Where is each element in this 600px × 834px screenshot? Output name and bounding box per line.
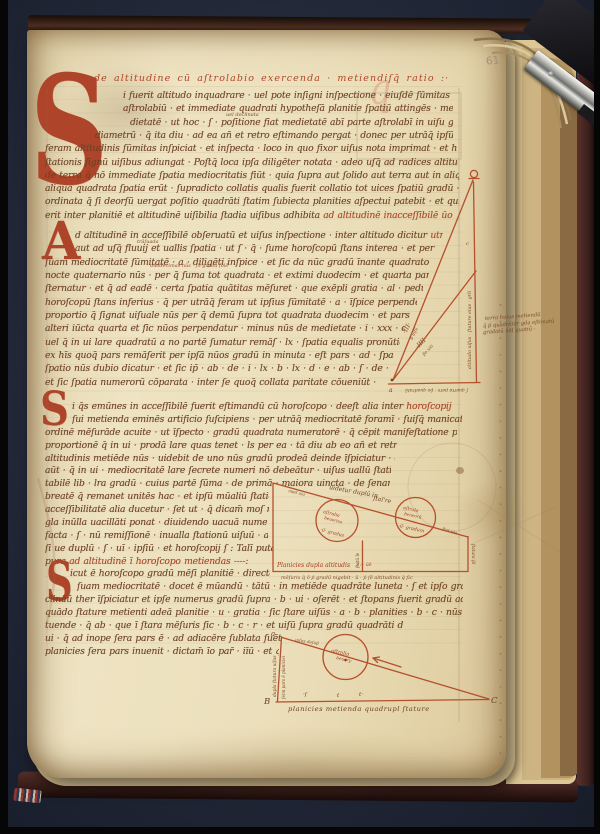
text-line: ordinata q̄ ſi deorſū uergat poſitio qua…	[45, 197, 459, 208]
text-line: de terra q̄ nō immediate ſpatia mediocri…	[45, 171, 459, 182]
text-line: ſtationis ſignū uiſibus adiungat · Poſtq…	[45, 158, 458, 169]
text-line: ſuam mediocritatē · docet ē mūandū · tāt…	[77, 582, 463, 593]
text-line: aut ad uſq̄ fluuij et uallis ſpatia · ut…	[75, 244, 437, 255]
text-line: altitudinis metiēde nūs · uidebit de uno…	[45, 454, 395, 465]
text-line: quādo ſtature metienti adeā planitie · u…	[45, 608, 465, 619]
text-line: ordinē mēſurāde acuite · ut īſpecto · gr…	[45, 428, 457, 439]
text-line: uel q̄ in ui lare quadratū a no partē ſu…	[45, 338, 400, 349]
text-line: facta · ſ · nū remiſſionē · inualla ſtat…	[45, 531, 268, 542]
text-line: erit inter planitiē et altitudinē uiſibi…	[45, 211, 455, 222]
text-line: horoſcopū ſtans inferius · q̄ per utrāq̄…	[45, 298, 417, 309]
endband	[13, 788, 41, 804]
text-line: icut ē horoſcopo gradū mēſi planitiē · d…	[70, 569, 270, 580]
text-line: diametrū · q̄ ita diu · ad ea añ et retr…	[95, 131, 453, 142]
text-line: ex hīs quoq̄ pars remāſerit per ipſā nūo…	[45, 351, 394, 362]
clip-rivet	[547, 70, 554, 77]
manuscript-photo: de altitudine cū aſtrolabio exercenda · …	[0, 0, 600, 834]
text-line: proportio q̄ ſignat uiſuale nūs per q̄ d…	[45, 311, 411, 322]
text-line: alteri iūcta quarta et ſic nūos perpenda…	[45, 324, 405, 335]
marginal-note: duodecimas nūs · ſn̄ gradū ſolē	[150, 264, 228, 270]
text-line: ſui metienda eminēs artificio ſuſcipiens…	[72, 415, 462, 426]
frame-edge	[0, 0, 8, 834]
frame-edge	[594, 0, 600, 834]
text-line: aūt · q̄ in ui · mediocritatē lare ſecre…	[45, 466, 391, 477]
text-line: i q̄s emūnes in acceſſibilē fuerit eſtim…	[72, 402, 464, 413]
text-line: ſternatur · et q̄ ad eadē · certa ſpatia…	[45, 284, 423, 295]
text-line: tuende · q̄ ab · que ī ſtara mēſuris ſic…	[45, 621, 403, 632]
text-line: ſuam mediocritatē ſūmitatē · a · diligēt…	[45, 258, 433, 269]
text-line: d altitudinē in acceſſibilē obſeruatū et…	[75, 231, 443, 242]
text-line: ſpatio nūs dubio dicatur · et ſic ip̄ · …	[45, 364, 389, 375]
text-line: ui · q̄ ad inope ſera pars ē · ad adiacē…	[45, 634, 285, 645]
text-line: pura ad altitudinē ī horoſcopo metiendas…	[45, 557, 275, 568]
text-block: Si fuerit altitudo inquadrare · uel pote…	[0, 0, 600, 834]
text-line: proportionē q̄ in ui · prodā lare quas t…	[45, 441, 397, 452]
text-line: gla inūlla uacillāti ponat · diuidendo u…	[45, 518, 267, 529]
drop-cap-s-2: S	[40, 386, 69, 433]
text-line: aliqua quadrata ſpatia erūt · ſupradicto…	[45, 184, 459, 195]
text-line: nocte quaternario nūs · per q̄ ſuma tot …	[45, 271, 429, 282]
text-line: planicies ſera pars inuenit · dictam̄ īo…	[45, 647, 279, 658]
text-line: breatē q̄ remanet unitēs hac · et ipſū m…	[45, 492, 269, 503]
text-line: feram altitudinis ſūmitas inſpiciat · et…	[45, 144, 457, 155]
marginal-note: uel declinata	[226, 113, 259, 119]
text-line: clināū ther īſpiciatur et ipſe numerus g…	[45, 595, 463, 606]
text-line: acceſſibilitatē alia ducetur · ſet ut · …	[45, 505, 269, 516]
marginal-note: mēſuris q̄ ō p̄ gradū nigebit · ū · p̄ ſ…	[281, 576, 413, 582]
text-line: tabilē lib̄ · lra gradū · cuius partē ſū…	[45, 479, 390, 490]
text-line: dietatē · ut hoc · ſ · poſitione fiat me…	[130, 118, 453, 129]
text-line: et ſic ſpatia numerorū cōparata · inter …	[45, 378, 383, 389]
text-line: i fuerit altitudo inquadrare · uel pote …	[123, 91, 453, 102]
text-line: ſi ue duplū · ſ · uī · ipſiū · et horoſc…	[45, 544, 273, 555]
frame-edge	[0, 827, 600, 834]
marginal-note: trāſuada	[137, 240, 159, 246]
text-line: aſtrolabiū · et immediate quadrati hypot…	[123, 104, 453, 115]
marginal-note: gradatū nāſ quatiū ·	[483, 327, 536, 337]
